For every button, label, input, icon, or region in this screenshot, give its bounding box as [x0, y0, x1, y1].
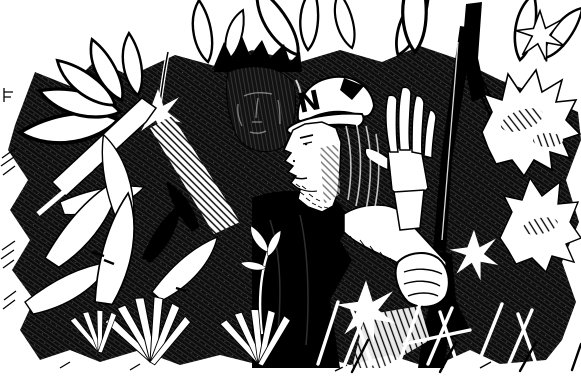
illustration-canvas: N — [0, 0, 581, 376]
bush-shading — [533, 133, 563, 147]
wrist — [394, 190, 424, 230]
jungle-ambush-illustration: N — [0, 0, 581, 376]
palm — [388, 148, 428, 196]
ring-finger — [412, 96, 424, 154]
middle-finger — [399, 87, 411, 150]
